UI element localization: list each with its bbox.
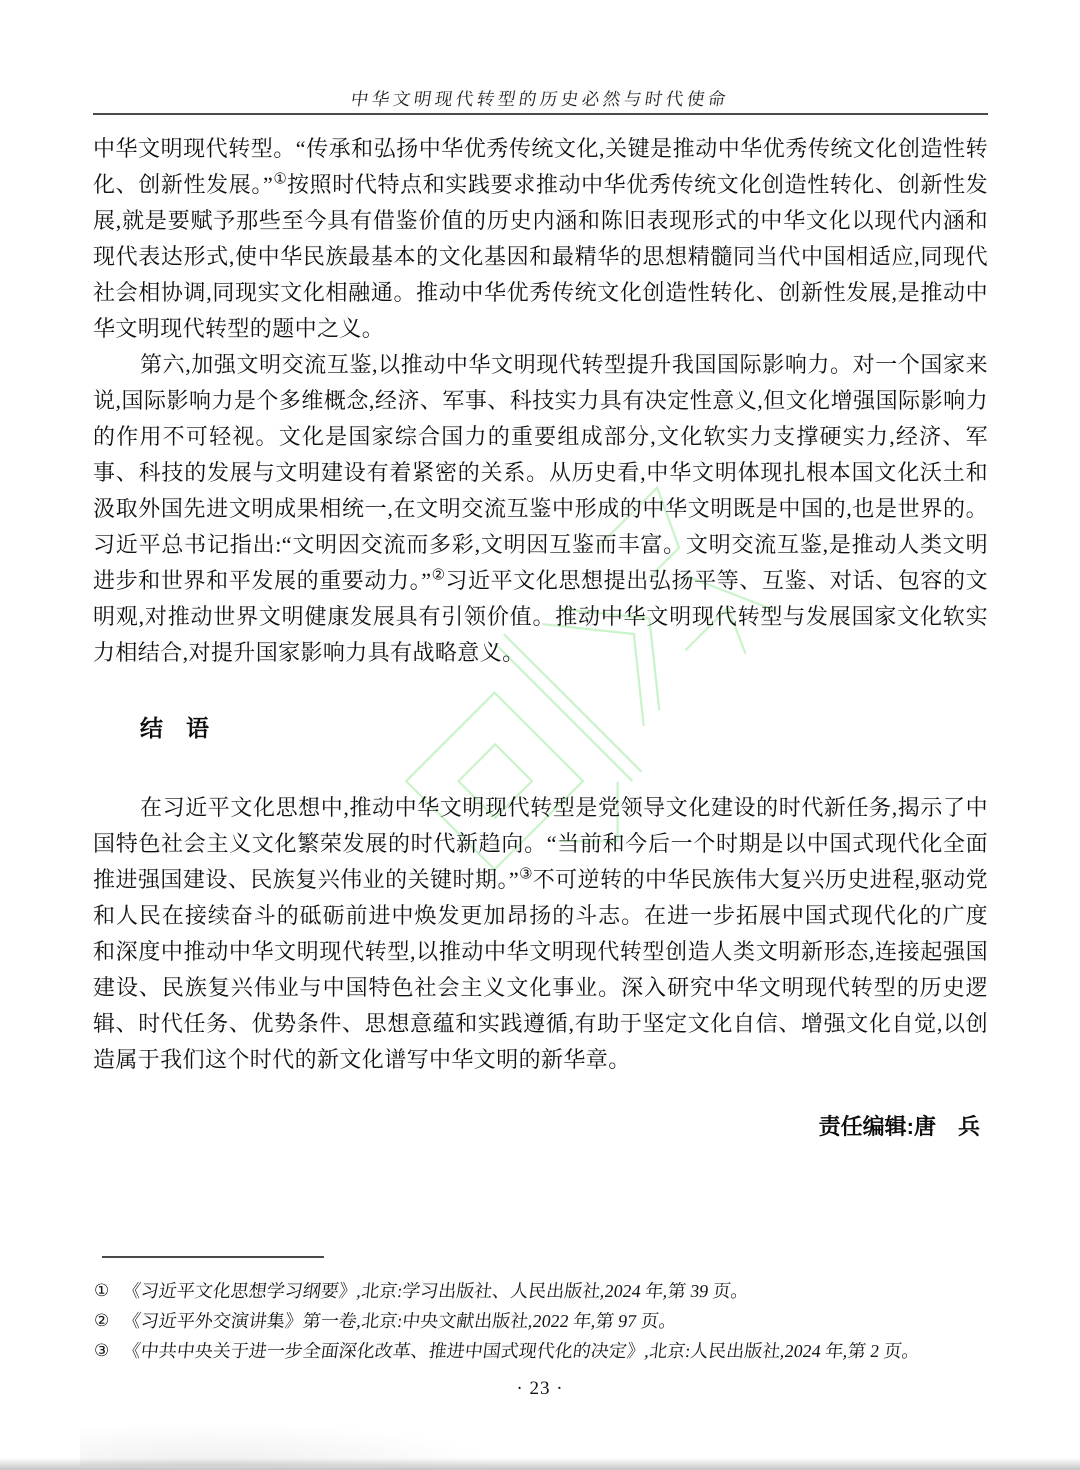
footnote-text: 《习近平文化思想学习纲要》,北京:学习出版社、人民出版社,2024 年,第 39… xyxy=(121,1276,992,1306)
footnote: ③ 《中共中央关于进一步全面深化改革、推进中国式现代化的决定》,北京:人民出版社… xyxy=(94,1336,988,1366)
footnote-marker: ② xyxy=(94,1306,121,1336)
header-rule xyxy=(93,113,988,115)
body-paragraph: 第六,加强文明交流互鉴,以推动中华文明现代转型提升我国国际影响力。对一个国家来说… xyxy=(93,347,988,671)
running-header-title: 中华文明现代转型的历史必然与时代使命 xyxy=(0,86,1080,111)
footnote-marker: ③ xyxy=(94,1336,121,1366)
footnote-separator-rule xyxy=(102,1256,324,1258)
footnote: ② 《习近平外交演讲集》第一卷,北京:中央文献出版社,2022 年,第 97 页… xyxy=(94,1306,988,1336)
page-edge-shadow xyxy=(0,1458,1080,1470)
body-paragraph: 中华文明现代转型。“传承和弘扬中华优秀传统文化,关键是推动中华优秀传统文化创造性… xyxy=(93,131,988,347)
footnote-text: 《中共中央关于进一步全面深化改革、推进中国式现代化的决定》,北京:人民出版社,2… xyxy=(121,1336,992,1366)
footnotes: ① 《习近平文化思想学习纲要》,北京:学习出版社、人民出版社,2024 年,第 … xyxy=(94,1276,988,1366)
footnote: ① 《习近平文化思想学习纲要》,北京:学习出版社、人民出版社,2024 年,第 … xyxy=(94,1276,988,1306)
body-paragraph: 在习近平文化思想中,推动中华文明现代转型是党领导文化建设的时代新任务,揭示了中国… xyxy=(93,790,988,1078)
editor-credit: 责任编辑:唐 兵 xyxy=(93,1110,980,1141)
footnote-marker: ① xyxy=(94,1276,121,1306)
document-page: 中华文明现代转型的历史必然与时代使命 中华文明现代转型。“传承和弘扬中华优秀传统… xyxy=(0,0,1080,1470)
section-heading-conclusion: 结 语 xyxy=(93,712,209,744)
page-number: · 23 · xyxy=(0,1378,1080,1400)
footnote-text: 《习近平外交演讲集》第一卷,北京:中央文献出版社,2022 年,第 97 页。 xyxy=(121,1306,992,1336)
